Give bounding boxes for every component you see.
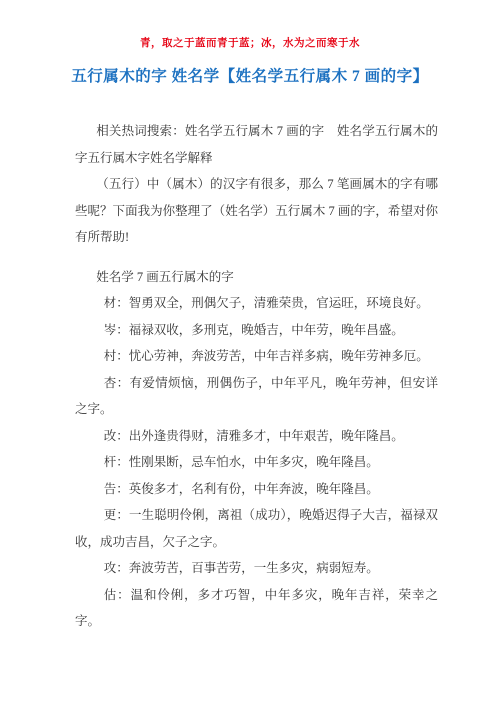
- entry-meaning: 有爱情烦恼，刑偶伤子，中年平凡，晚年劳神，但安详之字。: [75, 376, 438, 417]
- entry-separator: ：: [116, 429, 129, 443]
- entry-改: 改：出外逢贵得财，清雅多才，中年艰苦，晚年隆昌。: [75, 423, 438, 450]
- entry-separator: ：: [117, 376, 130, 390]
- section-heading: 姓名学 7 画五行属木的字: [75, 264, 438, 291]
- entry-攻: 攻：奔波劳苦，百事苦劳，一生多灾，病弱短寿。: [75, 555, 438, 582]
- entry-meaning: 一生聪明伶俐，离祖（成功），晚婚迟得子大吉，福禄双收，成功吉昌，欠子之字。: [75, 508, 438, 549]
- article-body: 相关热词搜索：姓名学五行属木 7 画的字 姓名学五行属木的字五行属木字姓名学解释…: [75, 118, 438, 635]
- entry-材: 材：智勇双全，刑偶欠子，清雅荣贵，官运旺，环境良好。: [75, 290, 438, 317]
- entry-估: 估：温和伶俐，多才巧智，中年多灾，晚年吉祥，荣幸之字。: [75, 582, 438, 635]
- entry-meaning: 性刚果断，忌车怕水，中年多灾，晚年隆昌。: [129, 455, 379, 469]
- entry-separator: ：: [116, 482, 129, 496]
- entry-char: 攻: [104, 561, 117, 575]
- entry-separator: ：: [116, 561, 129, 575]
- entry-更: 更：一生聪明伶俐，离祖（成功），晚婚迟得子大吉，福禄双收，成功吉昌，欠子之字。: [75, 502, 438, 555]
- entry-meaning: 忧心劳神，奔波劳苦，中年吉祥多病，晚年劳神多厄。: [129, 349, 429, 363]
- document-page: 青，取之于蓝而青于蓝；冰，水为之而寒于水 五行属木的字 姓名学【姓名学五行属木 …: [0, 0, 500, 708]
- entry-separator: ：: [117, 588, 130, 602]
- entry-char: 改: [104, 429, 117, 443]
- entry-村: 村：忧心劳神，奔波劳苦，中年吉祥多病，晚年劳神多厄。: [75, 343, 438, 370]
- entry-separator: ：: [116, 296, 129, 310]
- entry-meaning: 福禄双收，多刑克，晚婚吉，中年劳，晚年昌盛。: [129, 323, 404, 337]
- entry-岑: 岑：福禄双收，多刑克，晚婚吉，中年劳，晚年昌盛。: [75, 317, 438, 344]
- entry-char: 更: [104, 508, 117, 522]
- header-motto: 青，取之于蓝而青于蓝；冰，水为之而寒于水: [0, 0, 500, 50]
- paragraph-related-keywords: 相关热词搜索：姓名学五行属木 7 画的字 姓名学五行属木的字五行属木字姓名学解释: [75, 118, 438, 171]
- entries-list: 材：智勇双全，刑偶欠子，清雅荣贵，官运旺，环境良好。 岑：福禄双收，多刑克，晚婚…: [75, 290, 438, 635]
- paragraph-intro: （五行）中（属木）的汉字有很多，那么 7 笔画属木的字有哪些呢？下面我为你整理了…: [75, 171, 438, 251]
- entry-separator: ：: [116, 455, 129, 469]
- entry-char: 杏: [104, 376, 117, 390]
- entry-meaning: 出外逢贵得财，清雅多才，中年艰苦，晚年隆昌。: [129, 429, 404, 443]
- entry-separator: ：: [116, 508, 129, 522]
- entry-separator: ：: [116, 323, 129, 337]
- entry-杆: 杆：性刚果断，忌车怕水，中年多灾，晚年隆昌。: [75, 449, 438, 476]
- entry-separator: ：: [116, 349, 129, 363]
- entry-char: 告: [104, 482, 117, 496]
- entry-meaning: 奔波劳苦，百事苦劳，一生多灾，病弱短寿。: [129, 561, 379, 575]
- entry-char: 估: [104, 588, 117, 602]
- entry-meaning: 智勇双全，刑偶欠子，清雅荣贵，官运旺，环境良好。: [129, 296, 429, 310]
- entry-char: 岑: [104, 323, 117, 337]
- entry-杏: 杏：有爱情烦恼，刑偶伤子，中年平凡，晚年劳神，但安详之字。: [75, 370, 438, 423]
- entry-char: 村: [104, 349, 117, 363]
- entry-char: 材: [104, 296, 117, 310]
- entry-告: 告：英俊多才，名利有份，中年奔波，晚年隆昌。: [75, 476, 438, 503]
- entry-meaning: 英俊多才，名利有份，中年奔波，晚年隆昌。: [129, 482, 379, 496]
- entry-char: 杆: [104, 455, 117, 469]
- page-title: 五行属木的字 姓名学【姓名学五行属木 7 画的字】: [0, 64, 500, 86]
